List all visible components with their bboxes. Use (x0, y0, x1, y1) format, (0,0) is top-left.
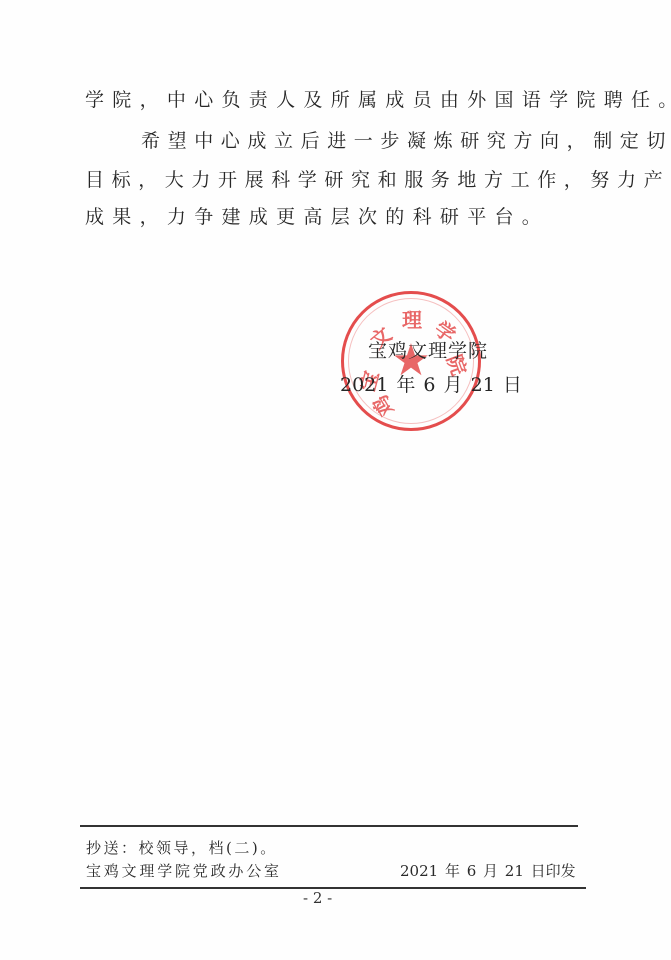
body-line-2: 希望中心成立后进一步凝炼研究方向，制定切实可行的工作 (141, 129, 671, 153)
page-number: - 2 - (303, 889, 332, 907)
body-line-3: 目标，大力开展科学研究和服务地方工作，努力产出高水平科研 (85, 168, 671, 192)
cc-line: 抄送：校领导，档(二)。 (86, 837, 278, 858)
footer-top-rule (80, 825, 578, 827)
seal-char: 理 (402, 304, 422, 333)
signature-organization: 宝鸡文理学院 (368, 336, 488, 363)
footer-bottom-rule (80, 887, 586, 889)
document-page: 学院，中心负责人及所属成员由外国语学院聘任。 希望中心成立后进一步凝炼研究方向，… (0, 0, 671, 960)
body-line-4: 成果，力争建成更高层次的科研平台。 (85, 205, 549, 229)
signature-date: 2021 年 6 月 21 日 (340, 370, 522, 397)
body-line-1: 学院，中心负责人及所属成员由外国语学院聘任。 (85, 88, 671, 112)
issue-date: 2021 年 6 月 21 日印发 (400, 860, 576, 881)
issuer-office: 宝鸡文理学院党政办公室 (86, 860, 282, 881)
